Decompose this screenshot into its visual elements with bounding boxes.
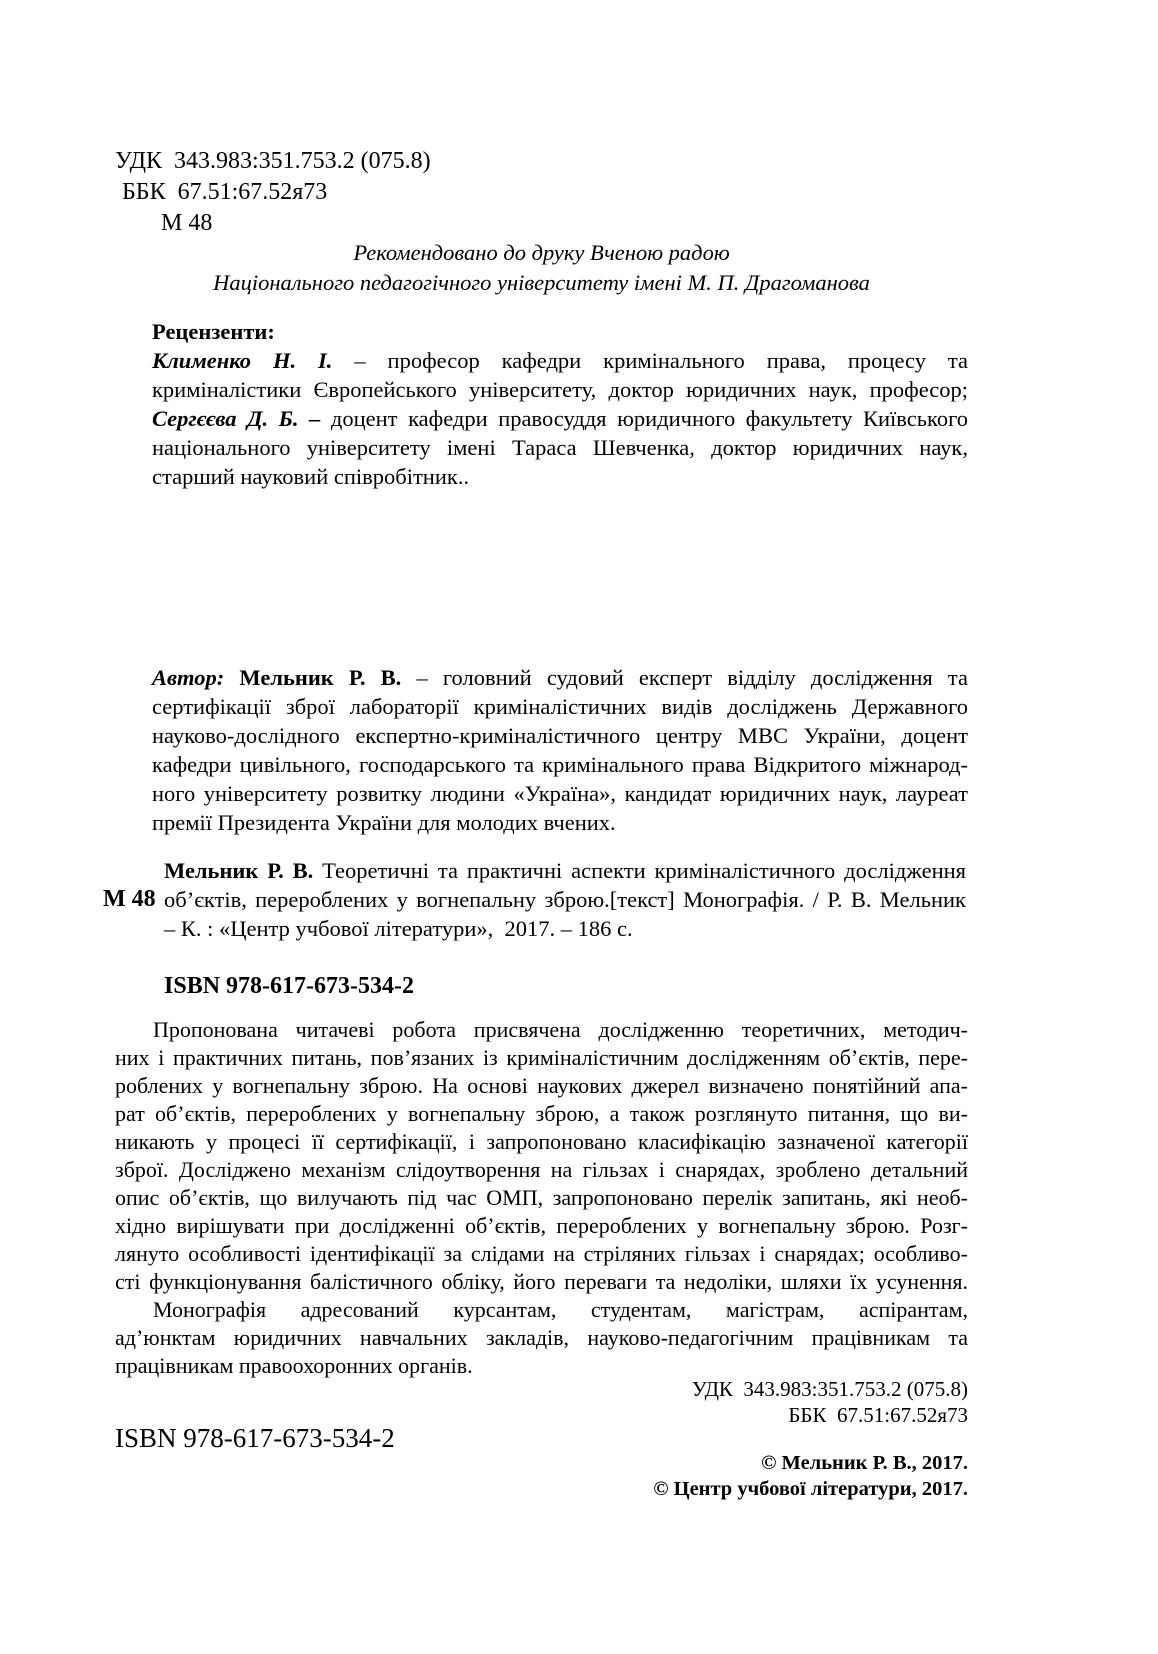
annotation-line: рат об’єктів, перероблених у вогнепальну… <box>115 1100 968 1128</box>
author-line: сертифікації зброї лабораторії криміналі… <box>152 692 968 721</box>
bottom-classification-codes: УДК 343.983:351.753.2 (075.8) ББК 67.51:… <box>692 1376 968 1428</box>
author-desc: – головний судовий експерт відділу дослі… <box>401 665 968 690</box>
annotation-line: Монографія адресований курсантам, студен… <box>115 1296 968 1324</box>
recommendation-line-1: Рекомендовано до друку Вченою радою <box>115 238 968 268</box>
author-sign-m48-card: М 48 <box>103 885 156 914</box>
annotation-line: лянуто особливості ідентифікації за слід… <box>115 1240 968 1268</box>
author-line: ного університету розвитку людини «Украї… <box>152 779 968 808</box>
citation-line: об’єктів, перероблених у вогнепальну збр… <box>164 885 966 914</box>
author-line: Автор: Мельник Р. В. – головний судовий … <box>152 663 968 692</box>
annotation-line: зброї. Досліджено механізм слідоутворенн… <box>115 1156 968 1184</box>
bbk-code-top: ББК 67.51:67.52я73 <box>115 177 431 208</box>
top-classification-codes: УДК 343.983:351.753.2 (075.8) ББК 67.51:… <box>115 146 431 239</box>
copyright-block: © Мельник Р. В., 2017. © Центр учбової л… <box>653 1450 968 1502</box>
copyright-page: УДК 343.983:351.753.2 (075.8) ББК 67.51:… <box>0 0 1158 1654</box>
copyright-line-2: © Центр учбової літератури, 2017. <box>653 1476 968 1502</box>
author-label: Автор: <box>152 665 224 690</box>
annotation-line: Пропонована читачеві робота присвячена д… <box>115 1016 968 1044</box>
author-sign-m48-top: М 48 <box>115 208 431 239</box>
reviewers-heading: Рецензенти: <box>152 317 968 346</box>
author-line: премії Президента України для молодих вч… <box>152 808 968 837</box>
reviewer-line: старший науковий співробітник.. <box>152 462 968 491</box>
reviewer-2-desc: доцент кафедри правосуддя юридичного фак… <box>320 406 968 431</box>
reviewer-2-name: Сергєєва Д. Б. – <box>152 406 320 431</box>
annotation-line: хідно вирішувати при дослідженні об’єкті… <box>115 1212 968 1240</box>
isbn-middle: ISBN 978-617-673-534-2 <box>164 971 414 1001</box>
citation-author-name: Мельник Р. В. <box>164 858 313 883</box>
recommendation-note: Рекомендовано до друку Вченою радою Наці… <box>115 238 968 298</box>
reviewer-1-desc: – професор кафедри кримінального права, … <box>332 348 968 373</box>
reviewer-1-name: Клименко Н. І. <box>152 348 332 373</box>
annotation-line: никають у процесі її сертифікації, і зап… <box>115 1128 968 1156</box>
bbk-code-bottom: ББК 67.51:67.52я73 <box>692 1402 968 1428</box>
reviewer-line: Сергєєва Д. Б. – доцент кафедри правосуд… <box>152 404 968 433</box>
bibliographic-citation: Мельник Р. В. Теоретичні та практичні ас… <box>164 856 966 943</box>
reviewers-block: Рецензенти: Клименко Н. І. – професор ка… <box>152 317 968 491</box>
author-line: науково-дослідного експертно-криміналіст… <box>152 721 968 750</box>
annotation-line: ад’юнктам юридичних навчальних закладів,… <box>115 1324 968 1352</box>
annotation-line: них і практичних питань, пов’язаних із к… <box>115 1044 968 1072</box>
author-name: Мельник Р. В. <box>224 665 401 690</box>
citation-title: Теоретичні та практичні аспекти кримінал… <box>313 858 966 883</box>
recommendation-line-2: Національного педагогічного університету… <box>115 268 968 298</box>
annotation-line: сті функціонування балістичного обліку, … <box>115 1268 968 1296</box>
annotation-line: роблених у вогнепальну зброю. На основі … <box>115 1072 968 1100</box>
reviewer-line: криміналістики Європейського університет… <box>152 375 968 404</box>
author-block: Автор: Мельник Р. В. – головний судовий … <box>152 663 968 837</box>
udc-code-top: УДК 343.983:351.753.2 (075.8) <box>115 146 431 177</box>
citation-line: Мельник Р. В. Теоретичні та практичні ас… <box>164 856 966 885</box>
annotation-line: опис об’єктів, що вилучають під час ОМП,… <box>115 1184 968 1212</box>
annotation-block: Пропонована читачеві робота присвячена д… <box>115 1016 968 1380</box>
udc-code-bottom: УДК 343.983:351.753.2 (075.8) <box>692 1376 968 1402</box>
reviewer-line: Клименко Н. І. – професор кафедри кримін… <box>152 346 968 375</box>
reviewer-line: національного університету імені Тараса … <box>152 433 968 462</box>
citation-line: – К. : «Центр учбової літератури», 2017.… <box>164 914 966 943</box>
copyright-line-1: © Мельник Р. В., 2017. <box>653 1450 968 1476</box>
isbn-bottom: ISBN 978-617-673-534-2 <box>115 1422 395 1454</box>
author-line: кафедри цивільного, господарського та кр… <box>152 750 968 779</box>
